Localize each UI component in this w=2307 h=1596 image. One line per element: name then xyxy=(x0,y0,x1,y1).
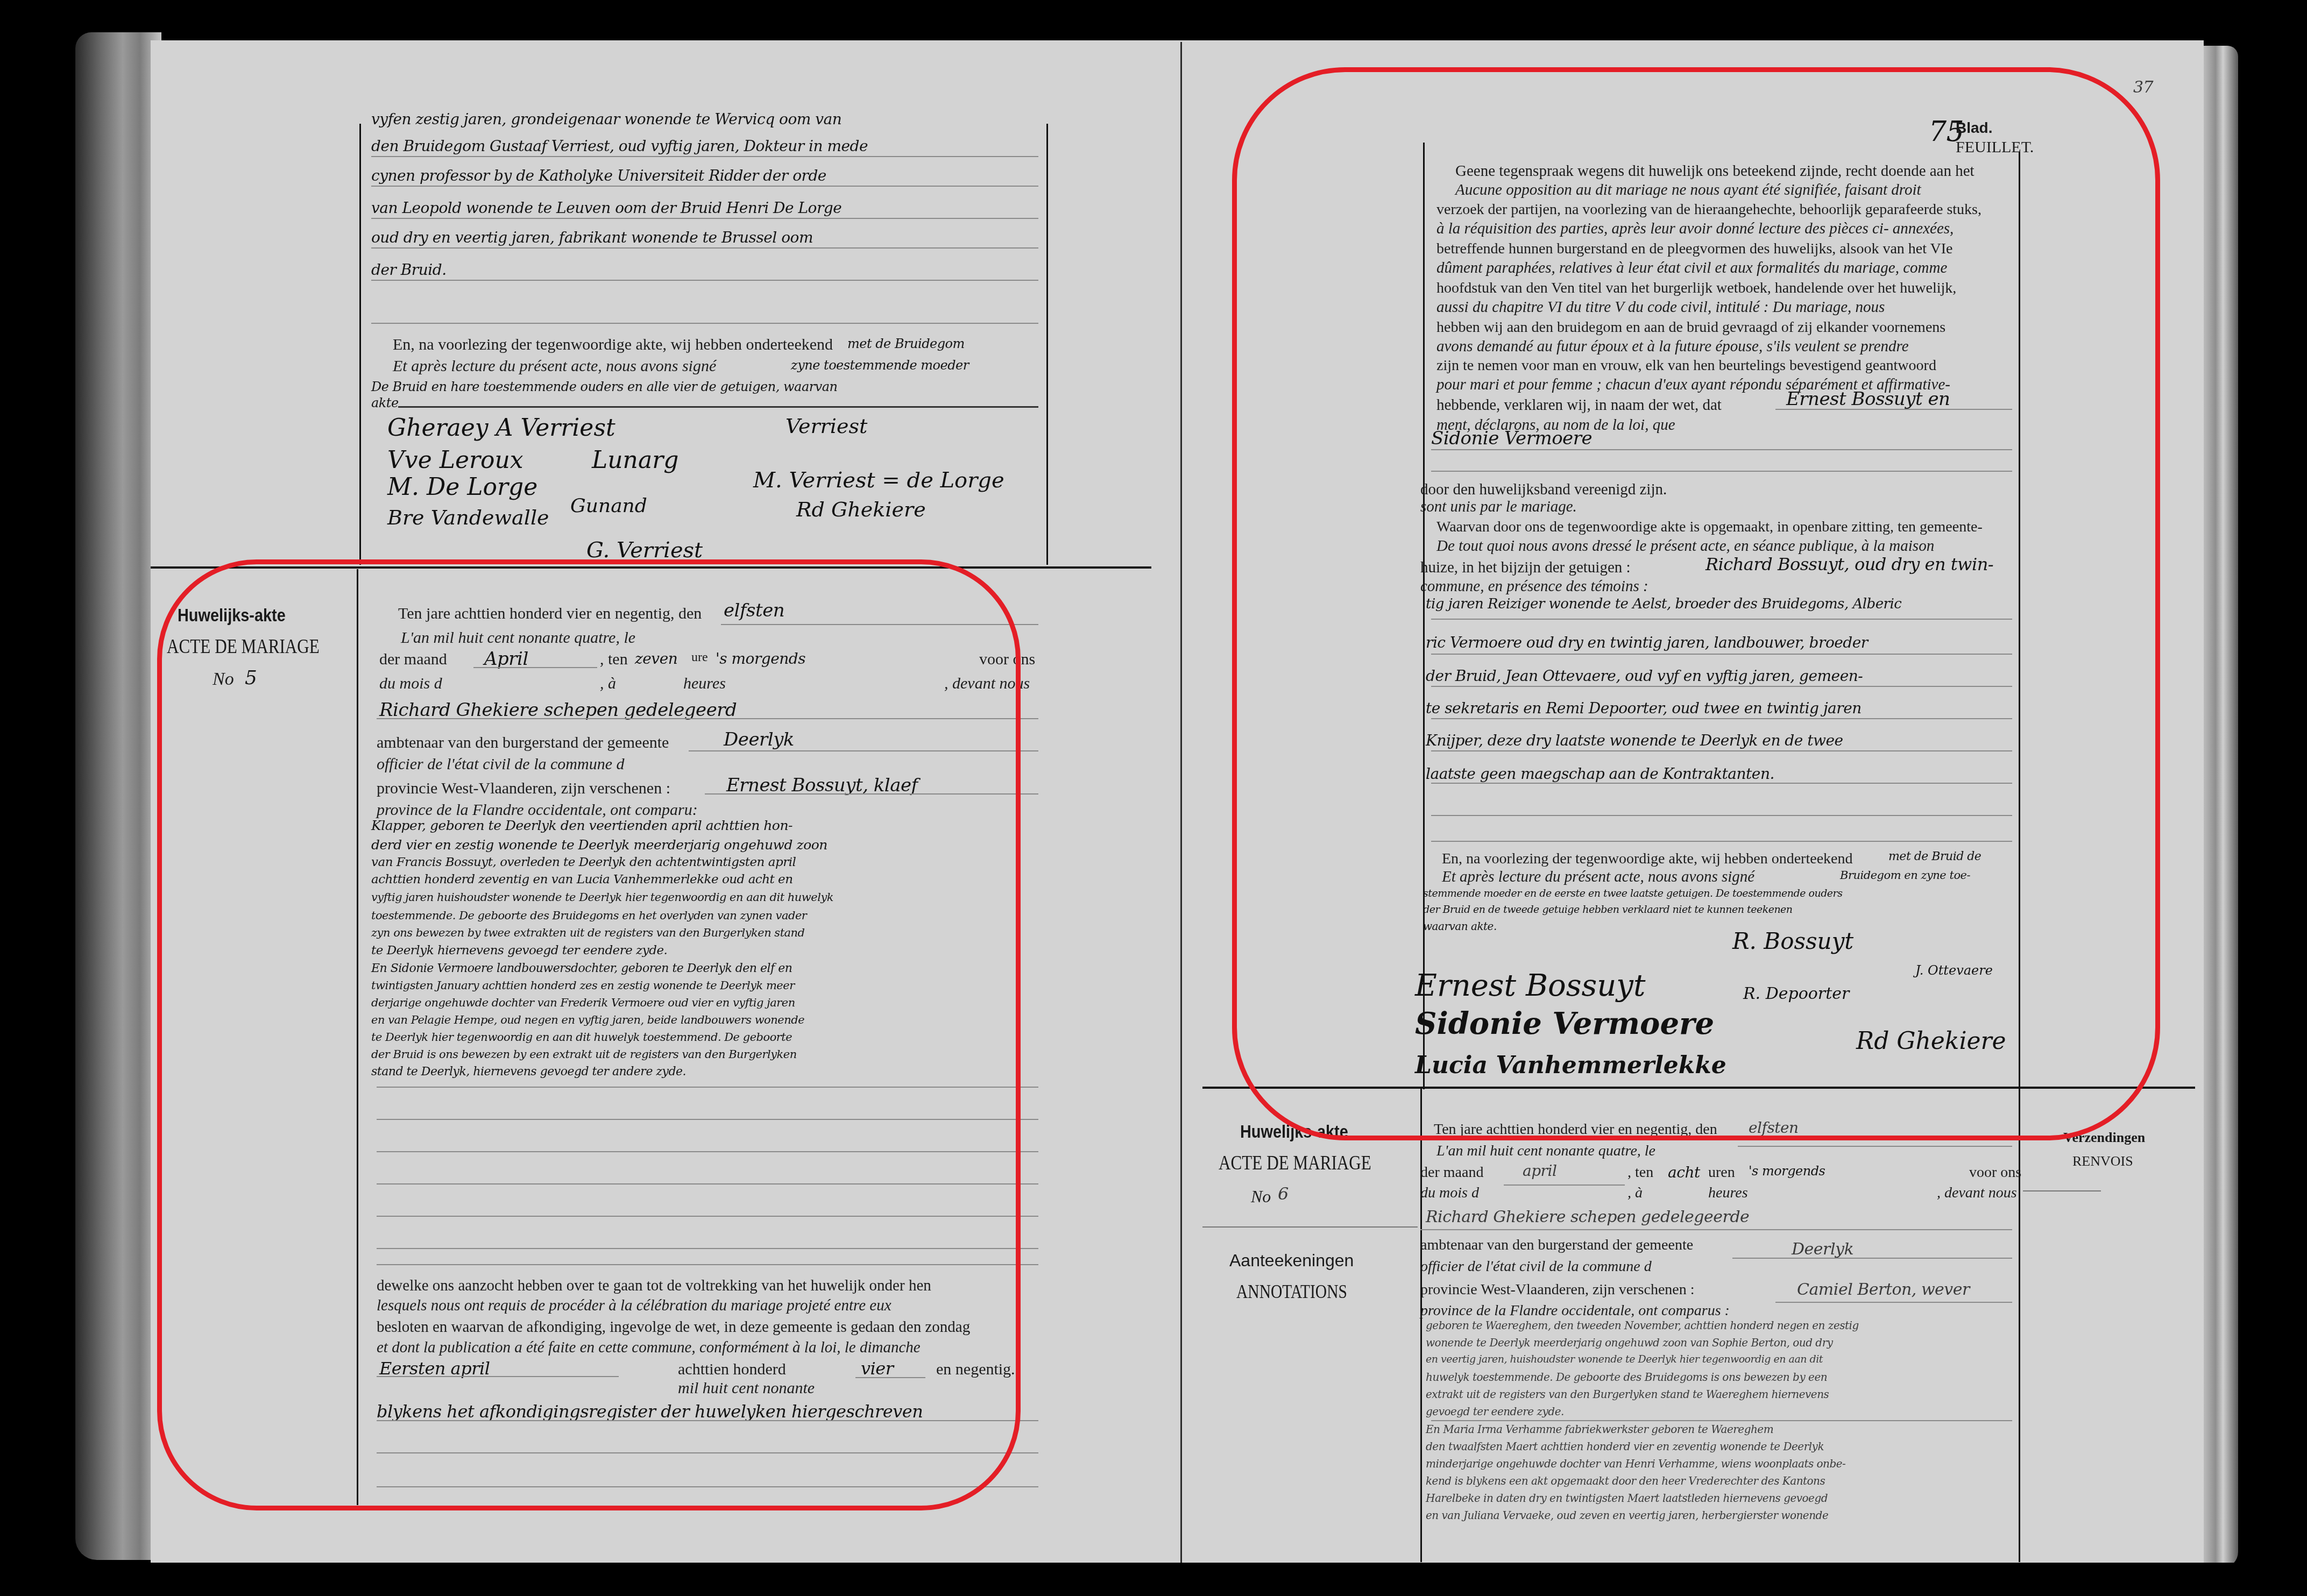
signature: Lunarg xyxy=(592,446,678,474)
form-text: der maand xyxy=(379,651,447,668)
signature: Rd Ghekiere xyxy=(796,498,926,521)
form-text: , devant nous xyxy=(944,675,1030,692)
body-line: zyn ons bewezen by twee extrakten uit de… xyxy=(371,926,805,939)
cont-line: den Bruidegom Gustaaf Verriest, oud vyft… xyxy=(371,137,868,155)
body-line: te Deerlyk hiernevens gevoegd ter eender… xyxy=(371,944,667,957)
signature: R. Bossuyt xyxy=(1732,928,1853,954)
body-line: te sekretaris en Remi Depoorter, oud twe… xyxy=(1426,699,1862,717)
body-line: twintigsten January achttien honderd zes… xyxy=(371,979,795,992)
renvois-divider xyxy=(2023,1190,2101,1191)
form-text: officier de l'état civil de la commune d xyxy=(377,756,624,773)
ruled-line xyxy=(377,1486,1038,1487)
hand-groom: Ernest Bossuyt en xyxy=(1786,388,1950,410)
form-text: lesquels nous ont requis de procéder à l… xyxy=(377,1297,891,1314)
signature: Lucia Vanhemmerlekke xyxy=(1415,1052,1726,1079)
form-text: door den huwelijksband vereenigd zijn. xyxy=(1420,481,1667,498)
closing-hand: stemmende moeder en de eerste en twee la… xyxy=(1423,888,1842,899)
ruled-line xyxy=(371,247,1038,249)
signature: Gunand xyxy=(570,495,647,517)
ruled-line xyxy=(1431,750,2012,751)
hand-officer: Richard Ghekiere schepen gedelegeerd xyxy=(379,699,737,721)
form-text: hoofdstuk van den Ven titel van het burg… xyxy=(1436,280,1956,296)
ruled-line xyxy=(371,280,1038,281)
closing-hand: waarvan akte. xyxy=(1423,920,1497,933)
body-line: geboren te Waereghem, den tweeden Novemb… xyxy=(1426,1319,1859,1332)
body-line: ric Vermoere oud dry en twintig jaren, l… xyxy=(1426,634,1868,651)
body-line: derjarige ongehuwde dochter van Frederik… xyxy=(371,996,795,1009)
form-text: et dont la publication a été faite en ce… xyxy=(377,1339,921,1356)
renvois-rule xyxy=(2019,1089,2020,1562)
signature: J. Ottevaere xyxy=(1915,963,1993,978)
form-text: , devant nous xyxy=(1937,1185,2017,1201)
margin-title-fr: ACTE DE MARIAGE xyxy=(1219,1151,1371,1175)
form-text: Aucune opposition au dit mariage ne nous… xyxy=(1455,182,1921,198)
ruled-line xyxy=(1431,815,2012,816)
ruled-line xyxy=(689,750,1038,751)
body-line: der Bruid, Jean Ottevaere, oud vyf en vy… xyxy=(1426,667,1863,685)
right-margin-rule xyxy=(1420,1089,1422,1562)
ruled-line xyxy=(1420,1229,2012,1230)
margin-title-nl: Huwelijks-akte xyxy=(178,605,286,626)
hand-bride: Sidonie Vermoere xyxy=(1431,428,1592,449)
body-line: vyftig jaren huishoudster wonende te Dee… xyxy=(371,891,833,904)
right-left-rule xyxy=(1423,143,1425,1089)
cont-line: oud dry en veertig jaren, fabrikant wone… xyxy=(371,229,813,246)
body-line: tig jaren Reiziger wonende te Aelst, bro… xyxy=(1426,596,1901,612)
signature: Vve Leroux xyxy=(387,446,523,474)
body-line: gevoegd ter eendere zyde. xyxy=(1426,1405,1564,1418)
hand-hour: acht xyxy=(1668,1164,1700,1181)
margin-title-nl: Huwelijks-akte xyxy=(1240,1122,1348,1143)
body-line: kend is blykens een akt opgemaakt door d… xyxy=(1426,1474,1825,1487)
form-text: verzoek der partijen, na voorlezing van … xyxy=(1436,202,1982,217)
body-line: laatste geen maegschap aan de Kontraktan… xyxy=(1426,765,1774,783)
body-line: en van Pelagie Hempe, oud negen en vyfti… xyxy=(371,1013,804,1026)
right-right-rule xyxy=(2019,152,2020,1089)
hand-commune: Deerlyk xyxy=(724,729,794,750)
body-line: van Francis Bossuyt, overleden te Deerly… xyxy=(371,855,796,869)
ruled-line xyxy=(371,218,1038,219)
book-spine xyxy=(1180,42,1182,1564)
ruled-line xyxy=(377,1183,1038,1184)
form-text: à la réquisition des parties, après leur… xyxy=(1436,221,1954,237)
hand-groom: Camiel Berton, wever xyxy=(1797,1280,1970,1299)
form-text: der maand xyxy=(1420,1165,1483,1180)
closing-nl: En, na voorlezing der tegenwoordige akte… xyxy=(393,336,833,353)
hand-publication-year: vier xyxy=(861,1358,894,1379)
left-margin-rule xyxy=(357,569,358,1505)
form-text: betreffende hunnen burgerstand en de ple… xyxy=(1436,241,1953,257)
form-text: uren xyxy=(1708,1165,1735,1180)
renvois-title-fr: RENVOIS xyxy=(2072,1154,2133,1168)
form-text: province de la Flandre occidentale, ont … xyxy=(377,801,698,819)
ruled-line xyxy=(1738,1146,2012,1147)
left-top-column-rule xyxy=(359,124,361,565)
form-text: achttien honderd xyxy=(678,1361,786,1378)
body-line: der Bruid is ons bewezen by een extrakt … xyxy=(371,1048,797,1061)
ruled-line xyxy=(377,1248,1038,1249)
closing-hand: met de Bruid de xyxy=(1888,850,1981,863)
body-line: Harelbeke in daten dry en twintigsten Ma… xyxy=(1426,1492,1828,1505)
signature: Rd Ghekiere xyxy=(1856,1027,2006,1055)
form-text: Ten jare achttien honderd vier en negent… xyxy=(398,605,702,622)
closing-hand-2: De Bruid en hare toestemmende ouders en … xyxy=(371,379,838,394)
form-text: avons demandé au futur époux et à la fut… xyxy=(1436,338,1909,354)
closing-fr-hand: zyne toestemmende moeder xyxy=(791,358,969,373)
signature: M. Verriest = de Lorge xyxy=(753,468,1004,493)
left-top-right-rule xyxy=(1046,124,1048,565)
form-text: hebben wij aan den bruidegom en aan de b… xyxy=(1436,320,1945,335)
signature: Sidonie Vermoere xyxy=(1415,1006,1714,1041)
ruled-line xyxy=(1431,1420,2012,1421)
form-text: , à xyxy=(600,675,616,692)
ruled-line xyxy=(1775,409,2012,410)
form-text: sont unis par le mariage. xyxy=(1420,499,1577,515)
form-text: ure xyxy=(691,651,708,664)
cont-line: van Leopold wonende te Leuven oom der Br… xyxy=(371,199,841,217)
acte-number: 6 xyxy=(1278,1183,1289,1204)
form-text: voor ons xyxy=(979,651,1035,668)
signature: G. Verriest xyxy=(586,538,703,563)
margin-divider xyxy=(1202,1226,1418,1228)
ruled-line xyxy=(377,1452,1038,1453)
ruled-line xyxy=(705,793,1038,795)
margin-title-fr: ACTE DE MARIAGE xyxy=(167,635,320,658)
body-line: En Maria Irma Verhamme fabriekwerkster g… xyxy=(1426,1423,1773,1436)
body-line: toestemmende. De geboorte des Bruidegoms… xyxy=(371,909,806,922)
annotations-title-nl: Aanteekeningen xyxy=(1229,1251,1354,1271)
ruled-line xyxy=(1431,471,2012,472)
ruled-line xyxy=(377,1420,1038,1421)
signature: Verriest xyxy=(785,414,867,438)
ruled-line xyxy=(1431,841,2012,842)
form-text: aussi du chapitre VI du titre V du code … xyxy=(1436,299,1885,315)
form-text: province de la Flandre occidentale, ont … xyxy=(1420,1303,1730,1318)
annotations-title-fr: ANNOTATIONS xyxy=(1236,1280,1347,1303)
hand-register-ref: blykens het afkondigingsregister der huw… xyxy=(377,1401,923,1422)
form-text: ambtenaar van den burgerstand der gemeen… xyxy=(377,734,669,751)
ruled-line xyxy=(377,1151,1038,1152)
ruled-line xyxy=(1775,1302,2012,1303)
form-text: dewelke ons aanzocht hebben over te gaan… xyxy=(377,1278,931,1294)
body-line: en veertig jaren, huishoudster wonende t… xyxy=(1426,1353,1823,1365)
body-line: den twaalfsten Maert achttien honderd vi… xyxy=(1426,1440,1824,1453)
ruled-line xyxy=(1431,654,2012,655)
book-edge-left xyxy=(75,32,161,1560)
hand-hour: zeven xyxy=(635,650,677,668)
form-text: du mois d xyxy=(379,675,442,692)
form-text: voor ons xyxy=(1969,1165,2021,1180)
hand-day: elfsten xyxy=(1749,1119,1799,1137)
body-line: te Deerlyk hier tegenwoordig en aan dit … xyxy=(371,1031,792,1044)
body-line: minderjarige ongehuwde dochter van Henri… xyxy=(1426,1457,1845,1470)
signature: R. Depoorter xyxy=(1743,984,1849,1003)
form-text: De tout quoi nous avons dressé le présen… xyxy=(1436,538,1934,554)
form-text: Waarvan door ons de tegenwoordige akte i… xyxy=(1436,519,1983,535)
acte-divider xyxy=(1202,1087,2195,1089)
scan-background-bottom xyxy=(0,1563,2307,1596)
closing-hand-3: akte xyxy=(371,395,399,410)
hand-witness: Richard Bossuyt, oud dry en twin- xyxy=(1706,554,1993,574)
form-text: Et après lecture du présent acte, nous a… xyxy=(1442,869,1754,885)
body-line: derd vier en zestig wonende te Deerlyk m… xyxy=(371,837,827,853)
form-text: L'an mil huit cent nonante quatre, le xyxy=(1436,1143,1655,1159)
hand-time: 's morgends xyxy=(1749,1164,1825,1179)
form-text: huize, in het bijzijn der getuigen : xyxy=(1420,559,1631,576)
form-text: Geene tegenspraak wegens dit huwelijk on… xyxy=(1455,163,1975,179)
body-line: Knijper, deze dry laatste wonende te Dee… xyxy=(1426,732,1843,749)
book-edge-right xyxy=(2200,46,2238,1568)
hand-officer: Richard Ghekiere schepen gedelegeerde xyxy=(1426,1208,1749,1226)
ruled-line xyxy=(371,156,1038,157)
closing-fr: Et après lecture du présent acte, nous a… xyxy=(393,358,716,375)
body-line: wonende te Deerlyk meerderjarig ongehuwd… xyxy=(1426,1336,1833,1349)
body-line: extrakt uit de registers van den Burgerl… xyxy=(1426,1388,1829,1401)
hand-commune: Deerlyk xyxy=(1792,1240,1853,1259)
cont-line: cynen professor by de Katholyke Universi… xyxy=(371,167,826,185)
form-text: officier de l'état civil de la commune d xyxy=(1420,1259,1652,1274)
hand-month: April xyxy=(484,648,528,670)
cont-line: vyfen zestig jaren, grondeigenaar wonend… xyxy=(371,110,841,128)
form-text: dûment paraphées, relatives à leur état … xyxy=(1436,260,1947,276)
ruled-line xyxy=(1504,1184,1625,1186)
ruled-line xyxy=(377,1087,1038,1088)
folio-label-fr: FEUILLET. xyxy=(1956,139,2034,156)
number-label: No xyxy=(213,670,234,689)
signature: Ernest Bossuyt xyxy=(1415,968,1645,1003)
signature: M. De Lorge xyxy=(387,473,537,501)
ruled-line xyxy=(1431,718,2012,719)
hand-month: april xyxy=(1523,1162,1556,1180)
form-text: Ten jare achttien honderd vier en negent… xyxy=(1434,1122,1717,1137)
body-line: en van Juliana Vervaeke, oud zeven en ve… xyxy=(1426,1509,1828,1522)
form-text: mil huit cent nonante xyxy=(678,1380,815,1397)
number-label: No xyxy=(1251,1188,1271,1206)
form-text: commune, en présence des témoins : xyxy=(1420,578,1648,594)
form-text: heures xyxy=(683,675,726,692)
body-line: stand te Deerlyk, hiernevens gevoegd ter… xyxy=(371,1065,686,1079)
ruled-line xyxy=(1431,619,2012,620)
hand-groom: Ernest Bossuyt, klaef xyxy=(726,775,918,796)
form-text: , ten xyxy=(1627,1165,1653,1180)
form-text: provincie West-Vlaanderen, zijn verschen… xyxy=(1420,1282,1695,1297)
closing-hand: der Bruid en de tweede getuige hebben ve… xyxy=(1423,904,1793,916)
renvois-title-nl: Verzendingen xyxy=(2063,1130,2145,1146)
form-text: , à xyxy=(1627,1185,1643,1201)
form-text: besloten en waarvan de afkondiging, inge… xyxy=(377,1319,970,1335)
form-text: du mois d xyxy=(1420,1185,1479,1201)
form-text: hebbende, verklaren wij, in naam der wet… xyxy=(1436,397,1722,413)
cont-line: der Bruid. xyxy=(371,261,447,279)
folio-label-nl: Blad. xyxy=(1956,119,1992,137)
form-text: heures xyxy=(1708,1185,1748,1201)
ruled-line xyxy=(1732,1258,2012,1259)
closing-underline xyxy=(398,406,1038,408)
form-text: En, na voorlezing der tegenwoordige akte… xyxy=(1442,851,1853,867)
ruled-line xyxy=(377,1264,1038,1265)
acte-divider xyxy=(151,566,1151,569)
form-text: , ten xyxy=(600,651,628,668)
ruled-line xyxy=(721,624,1038,625)
form-text: zijn te nemen voor man en vrouw, elk van… xyxy=(1436,358,1936,373)
form-text: provincie West-Vlaanderen, zijn verschen… xyxy=(377,780,670,797)
hand-time: 's morgends xyxy=(716,650,805,668)
form-text: en negentig. xyxy=(936,1361,1015,1378)
ruled-line xyxy=(377,1216,1038,1217)
ruled-line xyxy=(377,1376,619,1377)
body-line: Klapper, geboren te Deerlyk den veertien… xyxy=(371,818,792,833)
form-text: L'an mil huit cent nonante quatre, le xyxy=(401,629,635,647)
body-line: achttien honderd zeventig en van Lucia V… xyxy=(371,873,793,886)
signature: Gheraey A Verriest xyxy=(387,414,615,442)
ruled-line xyxy=(371,323,1038,324)
ruled-line xyxy=(1431,449,2012,450)
form-text: ambtenaar van den burgerstand der gemeen… xyxy=(1420,1237,1693,1253)
ruled-line xyxy=(1431,783,2012,784)
ruled-line xyxy=(473,667,597,668)
body-line: En Sidonie Vermoere landbouwersdochter, … xyxy=(371,962,792,975)
ruled-line xyxy=(1431,686,2012,687)
acte-number: 5 xyxy=(245,667,257,689)
body-line: huwelyk toestemmende. De geboorte des Br… xyxy=(1426,1371,1827,1384)
ruled-line xyxy=(377,1119,1038,1120)
hand-day: elfsten xyxy=(724,600,784,621)
ruled-line xyxy=(855,1377,925,1378)
signature: Bre Vandewalle xyxy=(387,506,549,529)
corner-page-mark: 37 xyxy=(2133,78,2153,97)
closing-hand: Bruidegom en zyne toe- xyxy=(1840,869,1970,882)
ruled-line xyxy=(377,718,1038,719)
closing-nl-hand: met de Bruidegom xyxy=(847,336,965,351)
ruled-line xyxy=(371,186,1038,187)
